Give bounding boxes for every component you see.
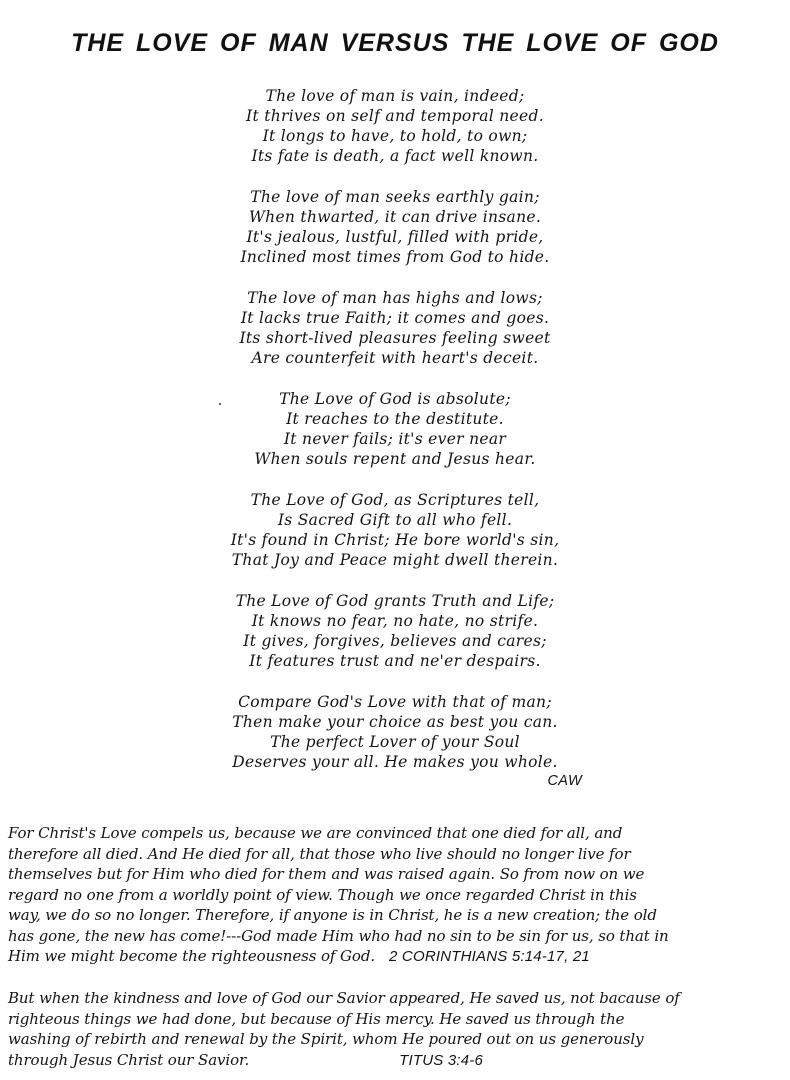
scripture-line: through Jesus Christ our Savior. — [8, 1051, 249, 1069]
scripture-line: themselves but for Him who died for them… — [8, 864, 784, 885]
poem-line: The love of man is vain, indeed; — [180, 86, 610, 106]
scripture-last-line: Him we might become the righteousness of… — [8, 946, 784, 968]
scripture-reference: 2 CORINTHIANS 5:14-17, 21 — [389, 948, 590, 965]
scripture-line: therefore all died. And He died for all,… — [8, 844, 784, 865]
poem-line: It lacks true Faith; it comes and goes. — [180, 308, 610, 328]
poem-signature: CAW — [180, 772, 610, 791]
poem-stanza-4: The Love of God is absolute; It reaches … — [180, 389, 610, 469]
poem: The love of man is vain, indeed; It thri… — [180, 86, 610, 791]
poem-line: Its short-lived pleasures feeling sweet — [180, 328, 610, 348]
poem-line: Are counterfeit with heart's deceit. — [180, 348, 610, 368]
poem-line: It never fails; it's ever near — [180, 429, 610, 449]
scripture-line: regard no one from a worldly point of vi… — [8, 885, 784, 906]
poem-line: It knows no fear, no hate, no strife. — [180, 611, 610, 631]
poem-line: It's found in Christ; He bore world's si… — [180, 530, 610, 550]
scripture-line: For Christ's Love compels us, because we… — [8, 823, 784, 844]
poem-line: Is Sacred Gift to all who fell. — [180, 510, 610, 530]
scripture-passage-titus: But when the kindness and love of God ou… — [8, 988, 784, 1071]
poem-line: Then make your choice as best you can. — [180, 712, 610, 732]
poem-line: The Love of God grants Truth and Life; — [180, 591, 610, 611]
poem-line: The love of man has highs and lows; — [180, 288, 610, 308]
poem-line: Its fate is death, a fact well known. — [180, 146, 610, 166]
scripture-last-line: through Jesus Christ our Savior.TITUS 3:… — [8, 1050, 784, 1072]
scripture-passage-corinthians: For Christ's Love compels us, because we… — [8, 823, 784, 968]
poem-line: It longs to have, to hold, to own; — [180, 126, 610, 146]
page-title: THE LOVE OF MAN VERSUS THE LOVE OF GOD — [0, 29, 790, 58]
poem-line: When souls repent and Jesus hear. — [180, 449, 610, 469]
poem-line: The love of man seeks earthly gain; — [180, 187, 610, 207]
poem-stanza-3: The love of man has highs and lows; It l… — [180, 288, 610, 368]
poem-line: Compare God's Love with that of man; — [180, 692, 610, 712]
poem-line: Inclined most times from God to hide. — [180, 247, 610, 267]
poem-line: It gives, forgives, believes and cares; — [180, 631, 610, 651]
scripture-line: washing of rebirth and renewal by the Sp… — [8, 1029, 784, 1050]
poem-line: The Love of God is absolute; — [180, 389, 610, 409]
poem-line: When thwarted, it can drive insane. — [180, 207, 610, 227]
poem-stanza-2: The love of man seeks earthly gain; When… — [180, 187, 610, 267]
scripture-line: has gone, the new has come!---God made H… — [8, 926, 784, 947]
scripture-line: righteous things we had done, but becaus… — [8, 1009, 784, 1030]
poem-line: It's jealous, lustful, filled with pride… — [180, 227, 610, 247]
poem-line: It reaches to the destitute. — [180, 409, 610, 429]
poem-line: It thrives on self and temporal need. — [180, 106, 610, 126]
poem-line: The perfect Lover of your Soul — [180, 732, 610, 752]
poem-stanza-7: Compare God's Love with that of man; The… — [180, 692, 610, 772]
scripture-reference: TITUS 3:4-6 — [399, 1052, 483, 1069]
scripture-line: way, we do so no longer. Therefore, if a… — [8, 905, 784, 926]
poem-stanza-6: The Love of God grants Truth and Life; I… — [180, 591, 610, 671]
poem-line: It features trust and ne'er despairs. — [180, 651, 610, 671]
poem-stanza-5: The Love of God, as Scriptures tell, Is … — [180, 490, 610, 570]
poem-line: The Love of God, as Scriptures tell, — [180, 490, 610, 510]
poem-line: Deserves your all. He makes you whole. — [180, 752, 610, 772]
poem-stanza-1: The love of man is vain, indeed; It thri… — [180, 86, 610, 166]
scripture-line: But when the kindness and love of God ou… — [8, 988, 784, 1009]
scripture-line: Him we might become the righteousness of… — [8, 947, 375, 965]
poem-line: That Joy and Peace might dwell therein. — [180, 550, 610, 570]
